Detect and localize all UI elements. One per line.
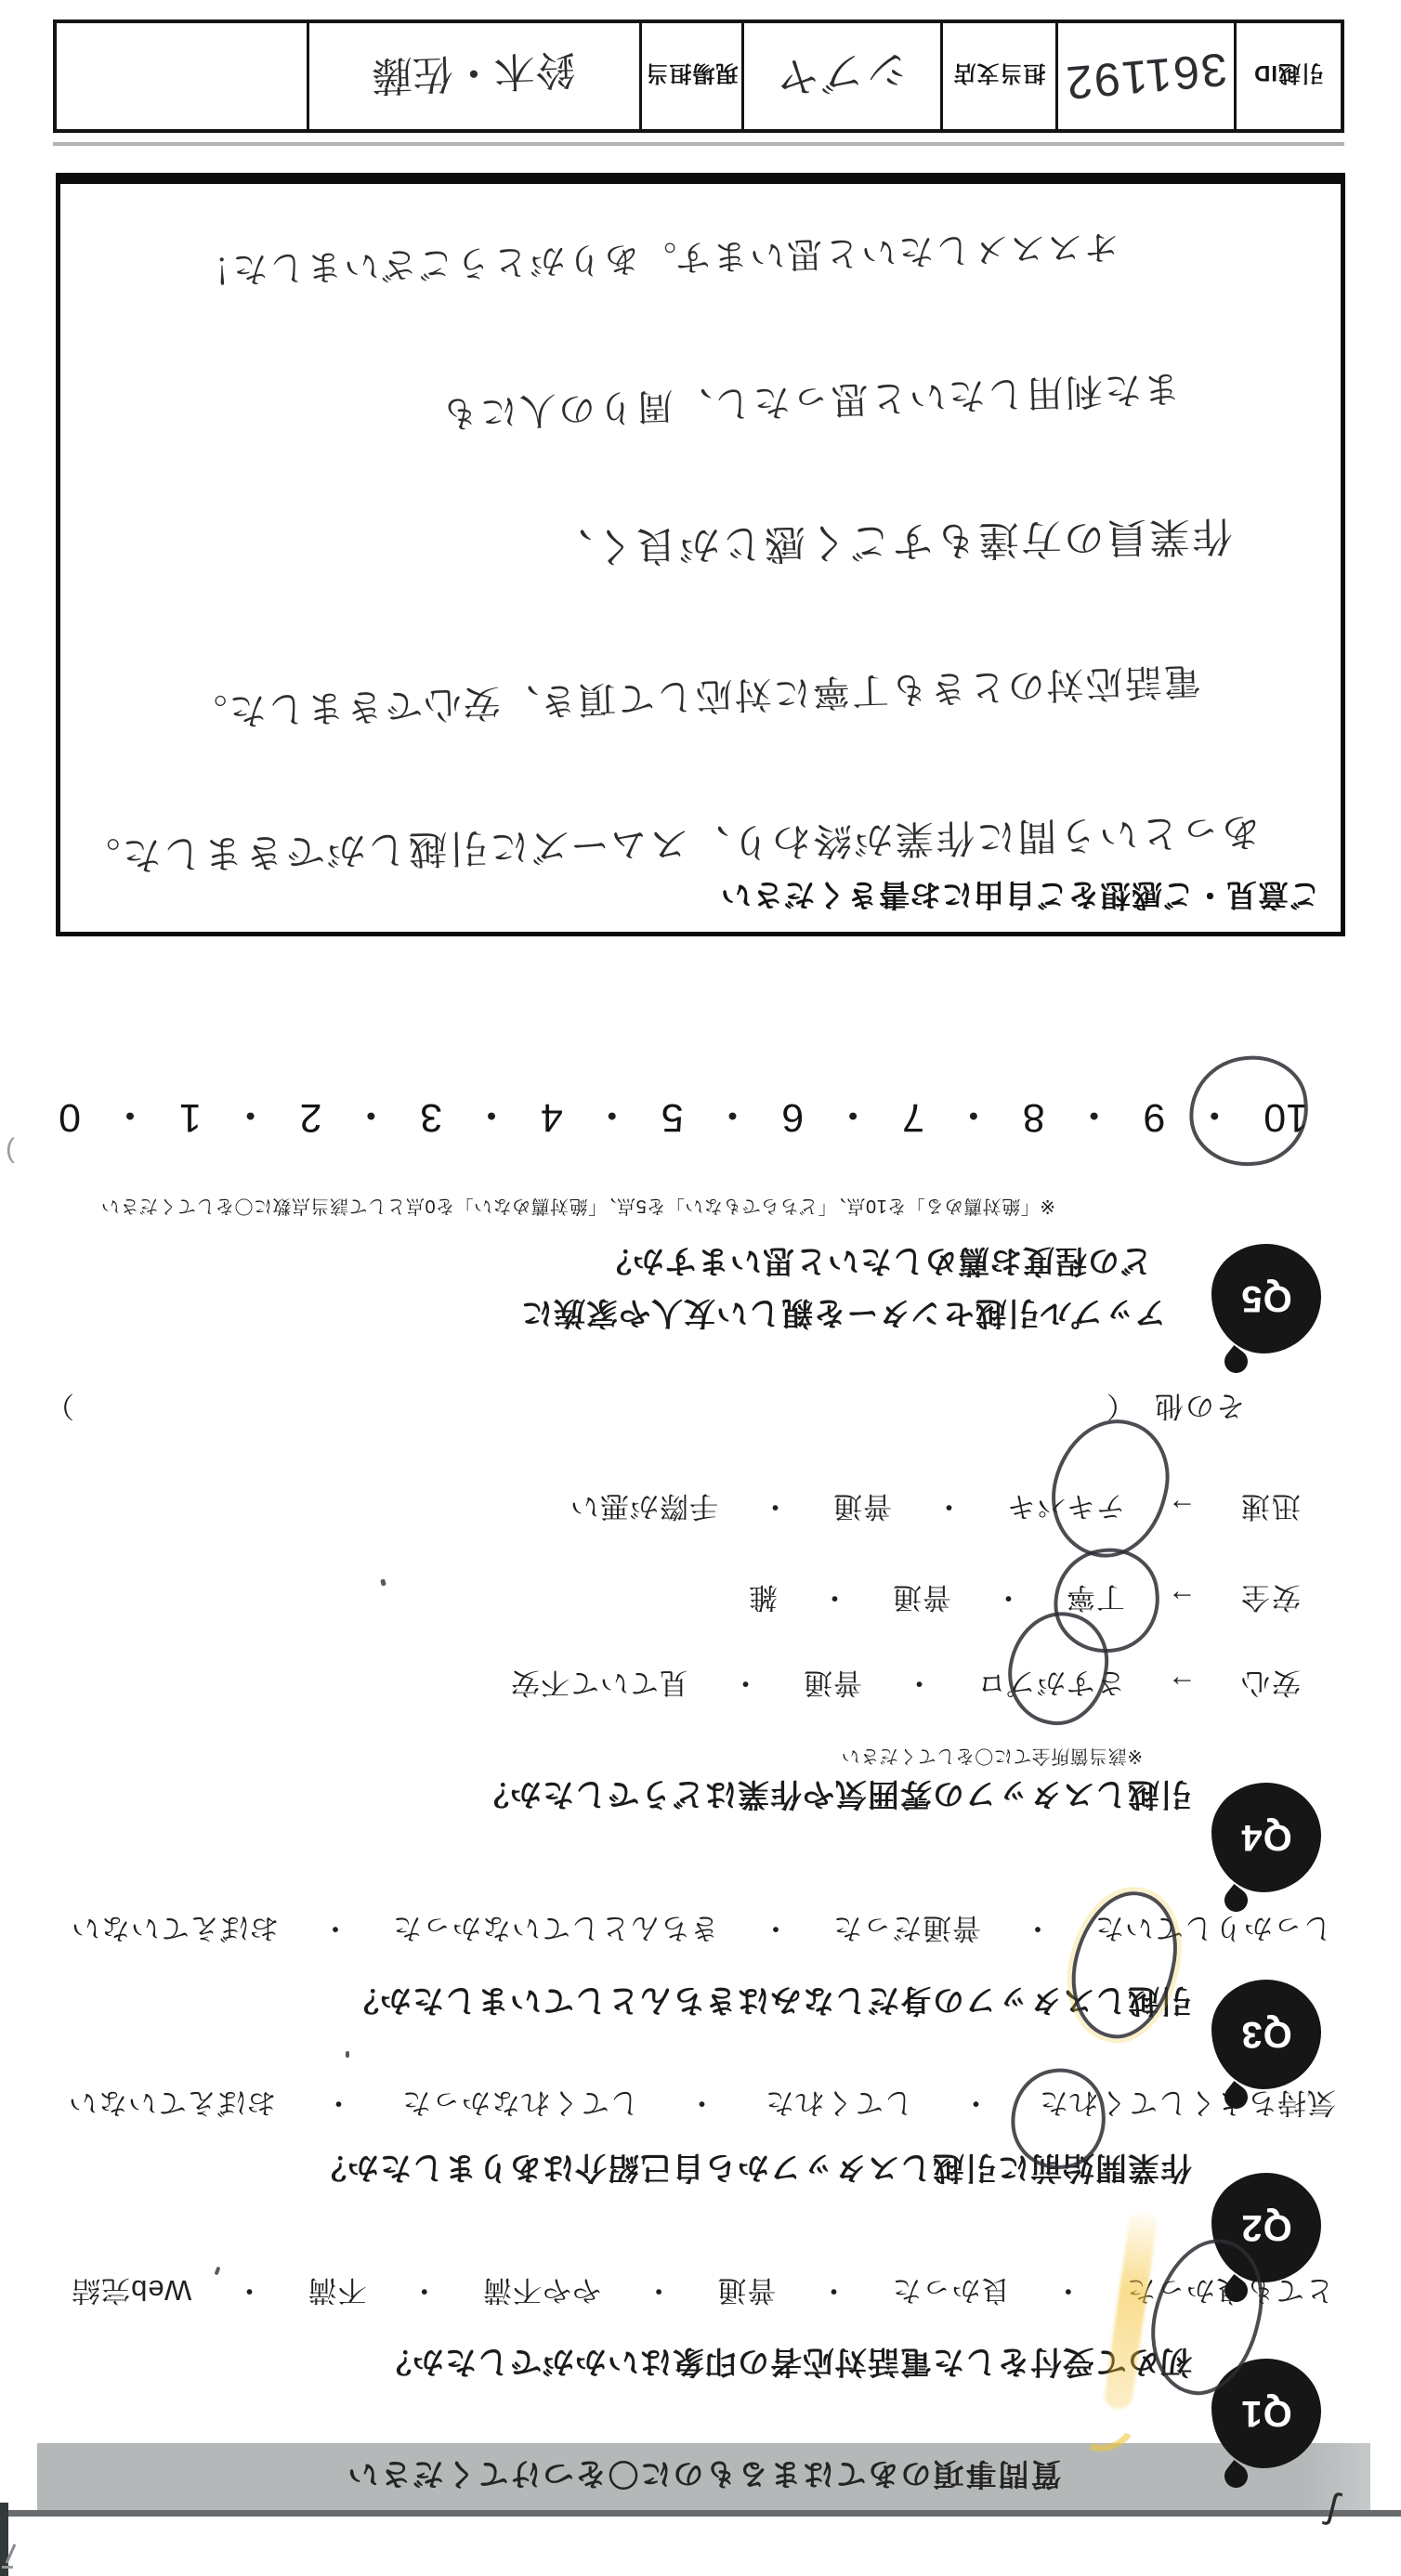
q4-option: 普通 (892, 1579, 951, 1621)
q2-options-row: 気持ちよくしてくれた ・ してくれた ・ してくれなかった ・ おぼえていない (68, 2085, 1336, 2126)
scale-number: 2 (300, 1094, 322, 1140)
q4-row-label: 安心 (1239, 1665, 1301, 1706)
moving-id-label: 引越ID (1253, 60, 1324, 93)
q4-other-paren-close: ） (44, 1388, 74, 1430)
q1-option: 普通 (716, 2272, 776, 2314)
q5-balloon-icon: Q5 (1211, 1244, 1321, 1353)
q5-title-line2: どの程度お薦めしたいと思いますか？ (599, 1241, 1152, 1287)
handwriting-line: 作業員の方達もすごく感じが良く、 (549, 510, 1233, 582)
option-separator: ・ (762, 1910, 791, 1952)
option-separator: ・ (1074, 1089, 1114, 1145)
q1-option: 良かった (892, 2272, 1011, 2314)
q2-option: おぼえていない (68, 2085, 276, 2126)
handwriting-line: 電話応対のときも丁寧に対応して頂き、安心できました。 (188, 657, 1202, 741)
comment-box-label: ご意見・ご感想をご自由にお書きください (720, 875, 1320, 919)
scale-number: 5 (661, 1094, 684, 1140)
branch-handwritten-value: シブヤ (773, 41, 910, 111)
q1-option: Web完結 (71, 2272, 191, 2314)
scanned-survey-page: 質問事項のあてはまるものに〇をつけてください Q1 初めて受付をした電話対応者の… (0, 0, 1401, 2576)
banner-title: 質問事項のあてはまるものに〇をつけてください (347, 2455, 1062, 2499)
q1-option: 不満 (308, 2272, 367, 2314)
q4-row-label: 安全 (1239, 1579, 1301, 1621)
option-separator: ・ (953, 1089, 993, 1145)
q4-option: 手際が悪い (570, 1488, 718, 1530)
scale-number: 9 (1143, 1094, 1165, 1140)
q5-title-line1: アップル引越センターを親しい友人や家族に (520, 1293, 1166, 1339)
scale-number: 7 (902, 1094, 924, 1140)
q2-option: してくれた (765, 2085, 913, 2126)
option-separator: ・ (230, 1089, 270, 1145)
banner: 質問事項のあてはまるものに〇をつけてください (37, 2443, 1370, 2510)
option-separator: ・ (935, 1488, 963, 1530)
branch-label: 担当支店 (953, 60, 1046, 93)
arrow-right-icon: → (1168, 1669, 1197, 1703)
option-separator: ・ (321, 1910, 350, 1952)
arrow-right-icon: → (1168, 1584, 1197, 1617)
option-separator: ・ (905, 1665, 934, 1706)
staff-signature-handwritten: 鈴木・佐藤 (371, 43, 577, 110)
q4-row-label: 迅速 (1239, 1488, 1301, 1530)
option-separator: ・ (472, 1089, 512, 1145)
q3-balloon-label: Q3 (1240, 2014, 1291, 2056)
q4-row-anzen: 安全 → 丁寧 ・ 普通 ・ 雑 (748, 1579, 1301, 1621)
q1-title: 初めて受付をした電話対応者の印象はいかがでしたか？ (379, 2342, 1192, 2387)
scale-number: 1 (179, 1094, 202, 1140)
option-separator: ・ (1024, 1910, 1053, 1952)
option-separator: ・ (761, 1488, 790, 1530)
q4-title: 引越しスタッフの雰囲気や作業はどうでしたか？ (477, 1774, 1192, 1820)
q3-option: おぼえていない (71, 1910, 279, 1952)
q5-note: ※「絶対薦める」を10点、「どちらでもない」を5点、「絶対薦めない」を0点として… (100, 1195, 1055, 1222)
q2-option: してくれなかった (401, 2085, 639, 2126)
q3-balloon-icon: Q3 (1211, 1980, 1321, 2089)
comment-box: ご意見・ご感想をご自由にお書きください あっという間に作業が終わり、スムーズに引… (56, 173, 1345, 936)
q2-balloon-label: Q2 (1240, 2207, 1291, 2249)
q1-balloon-label: Q1 (1240, 2393, 1291, 2435)
moving-id-handwritten-value: 361192 (1063, 42, 1230, 110)
q5-balloon-label: Q5 (1240, 1278, 1291, 1320)
option-separator: ・ (410, 2272, 439, 2314)
arrow-right-icon: → (1168, 1493, 1197, 1526)
q1-option: やや不満 (482, 2272, 601, 2314)
scale-number: 8 (1023, 1094, 1045, 1140)
q3-title: 引越しスタッフの身だしなみはきちんとしていましたか？ (347, 1981, 1192, 2026)
option-separator: ・ (820, 1579, 849, 1621)
q3-option: きちんとしていなかった (392, 1910, 719, 1952)
option-separator: ・ (645, 2272, 674, 2314)
q5-score-circle (1185, 1052, 1313, 1171)
q4-balloon-icon: Q4 (1211, 1783, 1321, 1892)
option-separator: ・ (592, 1089, 632, 1145)
empty-cell (57, 23, 309, 129)
handwriting-line: オススメしたいと思います。ありがとうございました！ (193, 224, 1120, 299)
option-separator: ・ (731, 1665, 760, 1706)
option-separator: ・ (324, 2085, 353, 2126)
option-separator: ・ (713, 1089, 753, 1145)
option-separator: ・ (994, 1579, 1023, 1621)
option-separator: ・ (833, 1089, 873, 1145)
handwriting-line: また利用したいと思ったし、周りの人にも (439, 364, 1182, 443)
q4-other-label: その他 (1153, 1388, 1245, 1430)
q4-option: 見ていて不安 (510, 1665, 688, 1706)
scale-number: 4 (541, 1094, 563, 1140)
upside-down-sheet: 質問事項のあてはまるものに〇をつけてください Q1 初めて受付をした電話対応者の… (0, 0, 1401, 2576)
option-separator: ・ (235, 2272, 264, 2314)
q4-option: 普通 (832, 1488, 892, 1530)
scale-number: 3 (420, 1094, 442, 1140)
option-separator: ・ (351, 1089, 391, 1145)
q4-option: 普通 (803, 1665, 862, 1706)
option-separator: ・ (962, 2085, 990, 2126)
q4-row-anshin: 安心 → さすがプロ ・ 普通 ・ 見ていて不安 (510, 1665, 1301, 1706)
scale-number: 6 (781, 1094, 804, 1140)
footer-id-table: 引越ID 361192 担当支店 シブヤ 現場担当 鈴木・佐藤 (53, 20, 1344, 133)
q5-nps-scale: 10 ・ 9 ・ 8 ・ 7 ・ 6 ・ 5 ・ 4 ・ 3 ・ 2 ・ 1 ・… (59, 1089, 1308, 1145)
q3-option: 普通だった (832, 1910, 981, 1952)
option-separator: ・ (110, 1089, 150, 1145)
q4-row-jinsoku: 迅速 → テキパキ ・ 普通 ・ 手際が悪い (570, 1488, 1301, 1530)
option-separator: ・ (1054, 2272, 1082, 2314)
q4-option: 雑 (748, 1579, 778, 1621)
q4-balloon-label: Q4 (1240, 1817, 1291, 1859)
scale-number: 0 (59, 1094, 81, 1140)
q1-options-row: とても良かった ・ 良かった ・ 普通 ・ やや不満 ・ 不満 ・ Web完結 (71, 2272, 1334, 2314)
q4-jinsoku-selection-circle (1039, 1406, 1183, 1569)
q4-note: ※該当箇所全てに〇をしてください (841, 1745, 1143, 1772)
site-staff-label: 現場担当 (646, 60, 739, 93)
table-shadow-line (53, 142, 1344, 146)
option-separator: ・ (687, 2085, 716, 2126)
option-separator: ・ (819, 2272, 848, 2314)
